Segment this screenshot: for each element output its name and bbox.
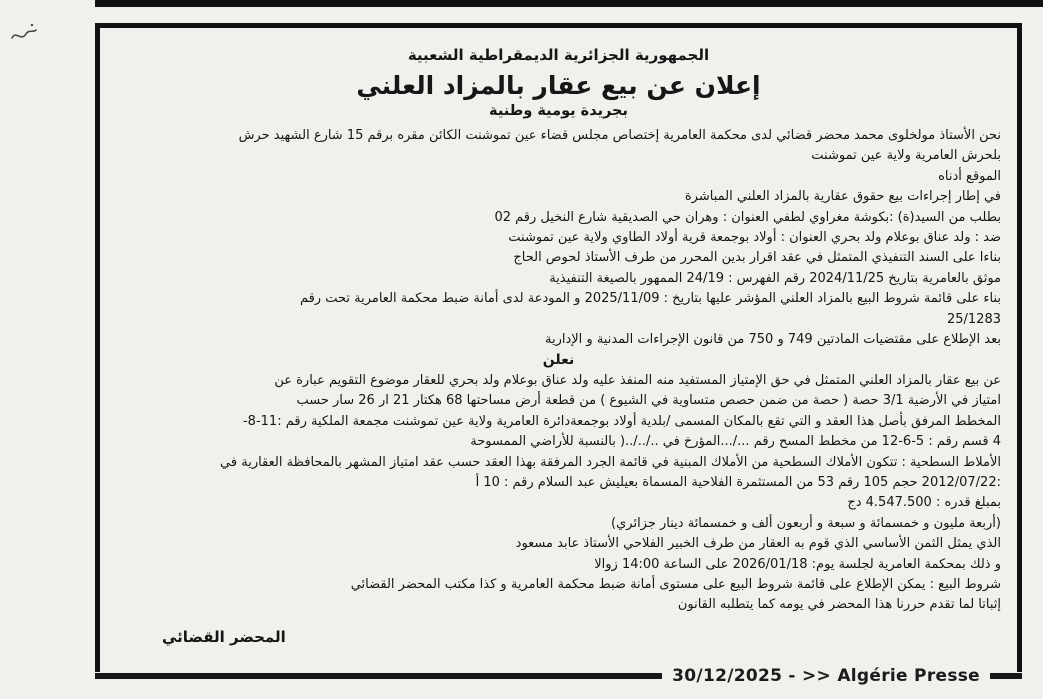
document-text-line: بمبلغ قدره : 4.547.500 دج xyxy=(116,493,1001,513)
document-text-line: 25/1283 xyxy=(116,310,1001,330)
document-text-line: 4 قسم رقم : 5-6-12 من مخطط المسح رقم ...… xyxy=(116,432,1001,452)
document-text-line: شروط البيع : يمكن الإطلاع على قائمة شروط… xyxy=(116,575,1001,595)
announcement-subtitle: بجريدة يومية وطنية xyxy=(116,103,1001,119)
document-text-line: (أربعة مليون و خمسمائة و سبعة و أربعون أ… xyxy=(116,514,1001,534)
document-text-line: ضد : ولد عناق بوعلام ولد بحري العنوان : … xyxy=(116,228,1001,248)
press-stamp-text: 30/12/2025 - >> Algérie Presse xyxy=(672,666,980,686)
top-rule xyxy=(95,0,1043,7)
document-text-line: الذي يمثل الثمن الأساسي الذي قوم به العق… xyxy=(116,534,1001,554)
pen-squiggle-icon xyxy=(8,20,44,50)
announcement-box: الجمهورية الجزائرية الديمقراطية الشعبية … xyxy=(95,23,1022,672)
document-text-line: بناء على قائمة شروط البيع بالمزاد العلني… xyxy=(116,289,1001,309)
announcement-title: إعلان عن بيع عقار بالمزاد العلني xyxy=(116,71,1001,100)
document-text-line: بعد الإطلاع على مقتضيات المادتين 749 و 7… xyxy=(116,330,1001,350)
bailiff-signature-label: المحضر القضائي xyxy=(116,616,1001,646)
scanned-page: { "decorations": { "handwritten_mark": "… xyxy=(0,0,1043,699)
document-text-line: الموقع أدناه xyxy=(116,167,1001,187)
document-text-line: إثباتا لما تقدم حررنا هذا المحضر في يومه… xyxy=(116,595,1001,615)
document-text-line: نعلن xyxy=(116,350,1001,370)
document-text-line: بلحرش العامرية ولاية عين تموشنت xyxy=(116,146,1001,166)
document-text-line: عن بيع عقار بالمزاد العلني المتمثل في حق… xyxy=(116,371,1001,391)
document-text-line: :2012/07/22 حجم 105 رقم 53 من المستثمرة … xyxy=(116,473,1001,493)
document-text-line: المخطط المرفق بأصل هذا العقد و التي تقع … xyxy=(116,412,1001,432)
document-text-line: الأملاط السطحية : تتكون الأملاك السطحية … xyxy=(116,453,1001,473)
stamp-rule-left xyxy=(95,673,662,679)
document-text-line: بناءا على السند التنفيذي المتمثل في عقد … xyxy=(116,248,1001,268)
document-text-line: موثق بالعامرية بتاريخ 2024/11/25 رقم الف… xyxy=(116,269,1001,289)
document-text-line: و ذلك بمحكمة العامرية لجلسة يوم: 2026/01… xyxy=(116,555,1001,575)
republic-heading: الجمهورية الجزائرية الديمقراطية الشعبية xyxy=(116,46,1001,64)
document-text-line: نحن الأستاذ مولخلوى محمد محضر قضائي لدى … xyxy=(116,126,1001,146)
announcement-body: نحن الأستاذ مولخلوى محمد محضر قضائي لدى … xyxy=(116,126,1001,616)
press-stamp-row: 30/12/2025 - >> Algérie Presse xyxy=(95,663,1022,689)
document-text-line: بطلب من السيد(ة) :بكوشة مغراوي لطفي العن… xyxy=(116,208,1001,228)
document-text-line: في إطار إجراءات بيع حقوق عقارية بالمزاد … xyxy=(116,187,1001,207)
document-text-line: امتياز في الأرضية 3/1 حصة ( حصة من ضمن ح… xyxy=(116,391,1001,411)
stamp-rule-right xyxy=(990,673,1022,679)
